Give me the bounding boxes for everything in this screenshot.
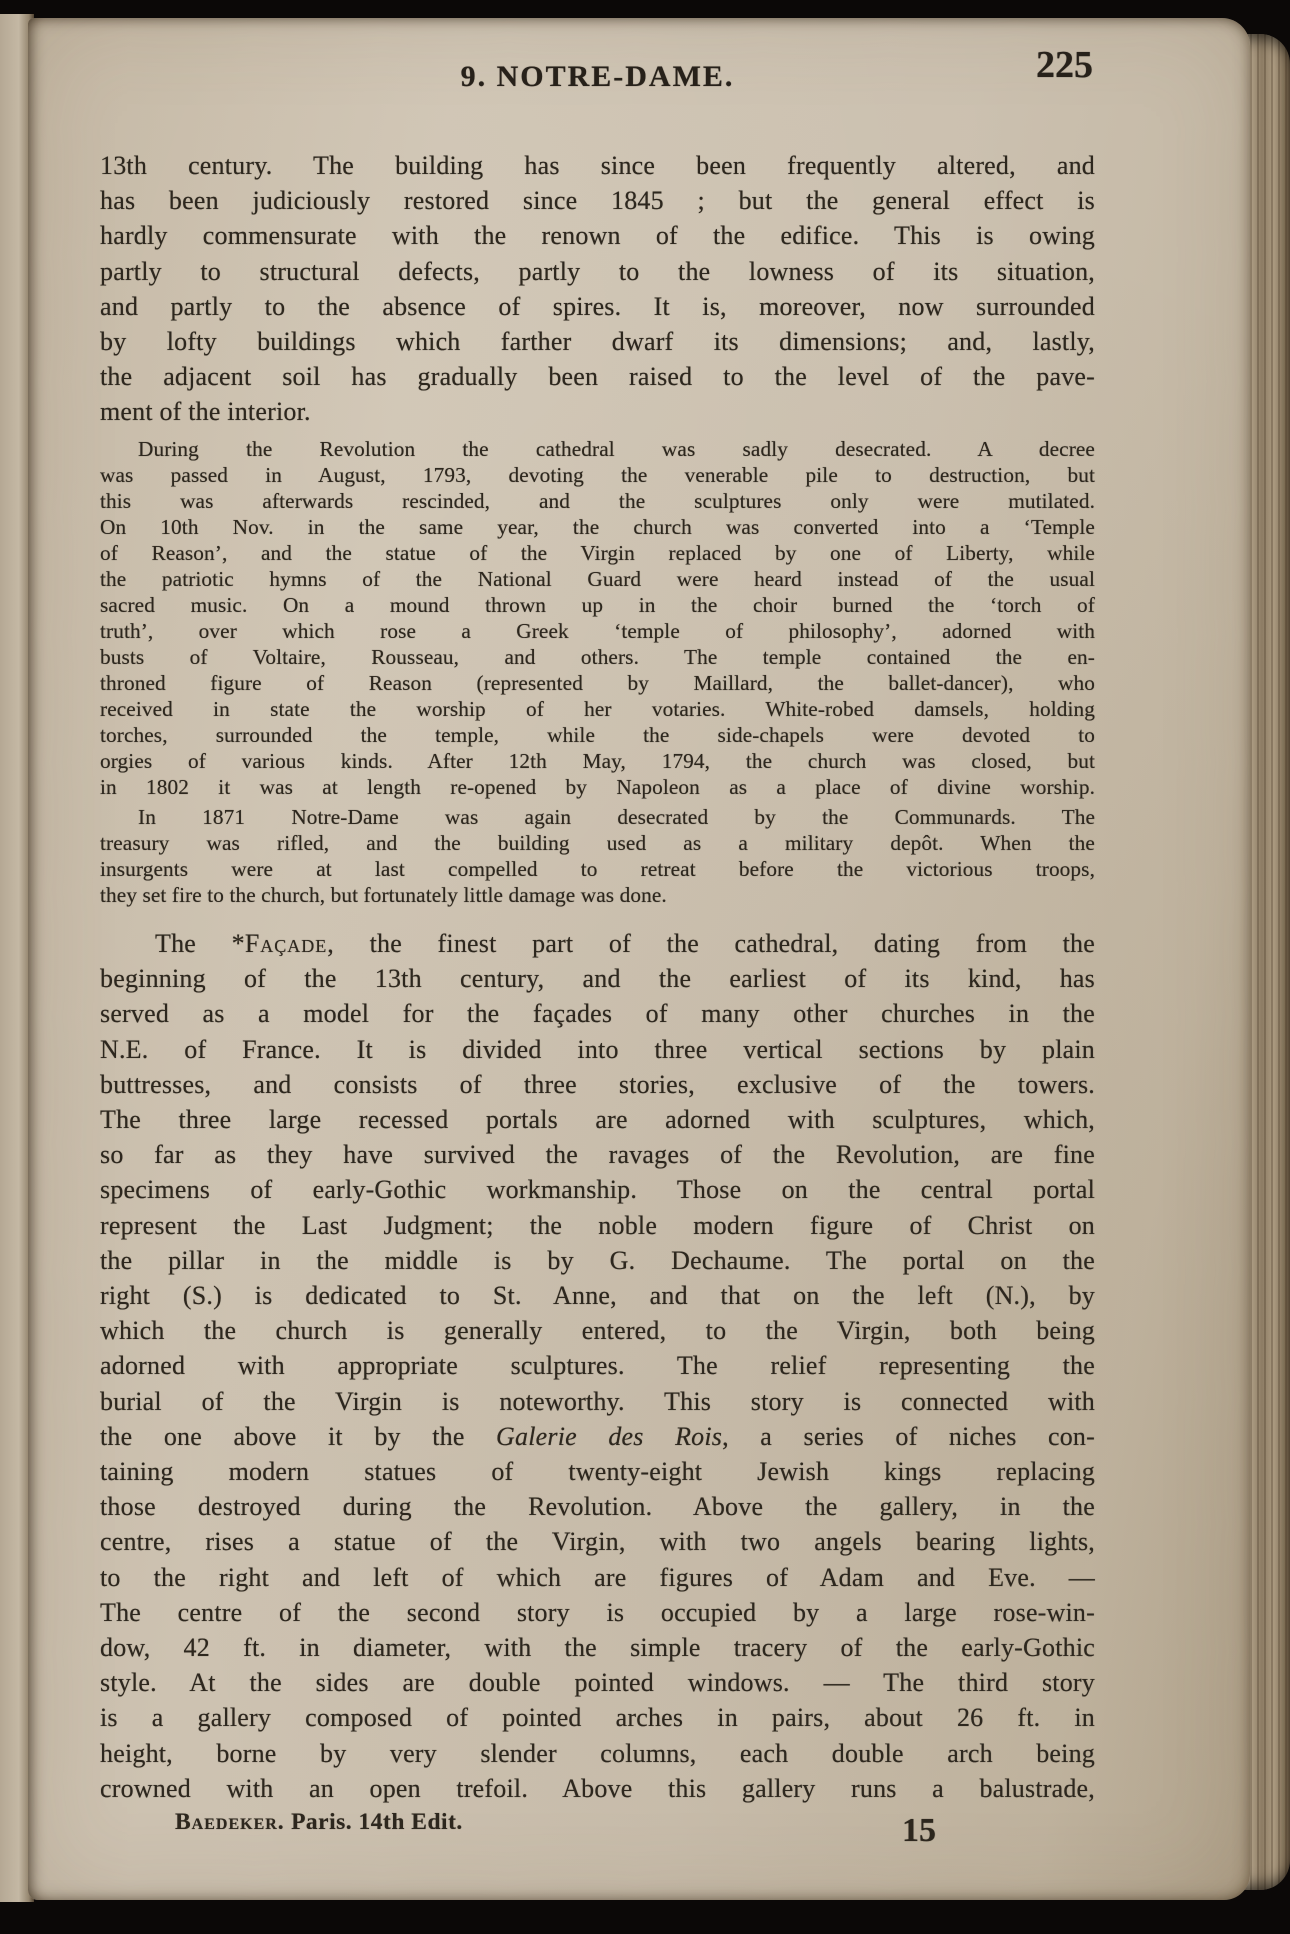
text-line: those destroyed during the Revolution. A… <box>100 1489 1095 1524</box>
text-line: of Reason’, and the statue of the Virgin… <box>100 540 1095 566</box>
text-line: the patriotic hymns of the National Guar… <box>100 566 1095 592</box>
text-line: partly to structural defects, partly to … <box>100 254 1095 289</box>
text-line: beginning of the 13th century, and the e… <box>100 961 1095 996</box>
text-line: the adjacent soil has gradually been rai… <box>100 359 1095 394</box>
text-line: ment of the interior. <box>100 394 1095 429</box>
text-line: The centre of the second story is occupi… <box>100 1595 1095 1630</box>
text-line: centre, rises a statue of the Virgin, wi… <box>100 1524 1095 1559</box>
text-line: buttresses, and consists of three storie… <box>100 1067 1095 1102</box>
text-line: right (S.) is dedicated to St. Anne, and… <box>100 1278 1095 1313</box>
chapter-title: 9. NOTRE-DAME. <box>100 56 1095 98</box>
text-line: which the church is generally entered, t… <box>100 1313 1095 1348</box>
text-line: 13th century. The building has since bee… <box>100 148 1095 183</box>
text-line: treasury was rifled, and the building us… <box>100 830 1095 856</box>
text-line: orgies of various kinds. After 12th May,… <box>100 748 1095 774</box>
text-line: this was afterwards rescinded, and the s… <box>100 488 1095 514</box>
paragraph-intro: 13th century. The building has since bee… <box>100 148 1095 430</box>
text-line: was passed in August, 1793, devoting the… <box>100 462 1095 488</box>
text-line: the one above it by the Galerie des Rois… <box>100 1419 1095 1454</box>
text-line: busts of Voltaire, Rousseau, and others.… <box>100 644 1095 670</box>
text-line: torches, surrounded the temple, while th… <box>100 722 1095 748</box>
text-line: style. At the sides are double pointed w… <box>100 1665 1095 1700</box>
text-line: the pillar in the middle is by G. Dechau… <box>100 1243 1095 1278</box>
text-line: served as a model for the façades of man… <box>100 996 1095 1031</box>
text-line: has been judiciously restored since 1845… <box>100 183 1095 218</box>
text-line: N.E. of France. It is divided into three… <box>100 1032 1095 1067</box>
text-line: specimens of early-Gothic workmanship. T… <box>100 1172 1095 1207</box>
text-line: adorned with appropriate sculptures. The… <box>100 1348 1095 1383</box>
text-line: hardly commensurate with the renown of t… <box>100 218 1095 253</box>
text-line: During the Revolution the cathedral was … <box>100 436 1095 462</box>
text-line: in 1802 it was at length re-opened by Na… <box>100 774 1095 800</box>
paragraph-commune: In 1871 Notre-Dame was again desecrated … <box>100 804 1095 908</box>
text-line: taining modern statues of twenty-eight J… <box>100 1454 1095 1489</box>
text-line: they set fire to the church, but fortuna… <box>100 882 1095 908</box>
paragraph-revolution: During the Revolution the cathedral was … <box>100 436 1095 800</box>
text-line: The *Façade, the finest part of the cath… <box>100 926 1095 961</box>
footer-edition: Paris. 14th Edit. <box>285 1809 463 1835</box>
footer-imprint: Baedeker. Paris. 14th Edit. <box>175 1806 463 1838</box>
text-line: and partly to the absence of spires. It … <box>100 289 1095 324</box>
book-photo: 9. NOTRE-DAME. 225 13th century. The bui… <box>0 0 1290 1934</box>
text-line: On 10th Nov. in the same year, the churc… <box>100 514 1095 540</box>
text-line: insurgents were at last compelled to ret… <box>100 856 1095 882</box>
sheet-number: 15 <box>902 1810 936 1852</box>
page-number: 225 <box>1036 42 1093 88</box>
text-line: height, borne by very slender columns, e… <box>100 1736 1095 1771</box>
text-line: truth’, over which rose a Greek ‘temple … <box>100 618 1095 644</box>
text-line: represent the Last Judgment; the noble m… <box>100 1208 1095 1243</box>
text-line: is a gallery composed of pointed arches … <box>100 1700 1095 1735</box>
text-line: so far as they have survived the ravages… <box>100 1137 1095 1172</box>
text-line: dow, 42 ft. in diameter, with the simple… <box>100 1630 1095 1665</box>
text-line: by lofty buildings which farther dwarf i… <box>100 324 1095 359</box>
text-line: to the right and left of which are figur… <box>100 1560 1095 1595</box>
text-column: 9. NOTRE-DAME. 225 13th century. The bui… <box>100 18 1095 1900</box>
text-line: sacred music. On a mound thrown up in th… <box>100 592 1095 618</box>
text-line: The three large recessed portals are ado… <box>100 1102 1095 1137</box>
text-line: In 1871 Notre-Dame was again desecrated … <box>100 804 1095 830</box>
book-page: 9. NOTRE-DAME. 225 13th century. The bui… <box>28 18 1250 1900</box>
footer-publisher: Baedeker. <box>175 1809 285 1835</box>
text-line: received in state the worship of her vot… <box>100 696 1095 722</box>
text-line: burial of the Virgin is noteworthy. This… <box>100 1384 1095 1419</box>
paragraph-facade: The *Façade, the finest part of the cath… <box>100 926 1095 1806</box>
text-line: throned figure of Reason (represented by… <box>100 670 1095 696</box>
text-line: crowned with an open trefoil. Above this… <box>100 1771 1095 1806</box>
